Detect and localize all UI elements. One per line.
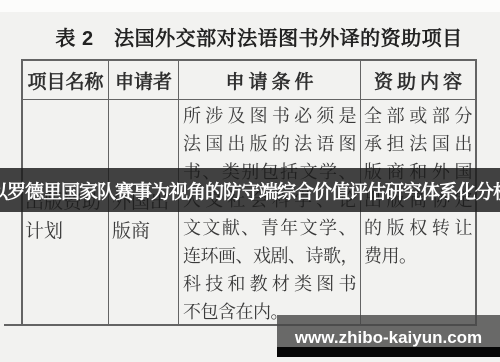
funding-line: 的版权转让 [364,214,472,242]
conditions-line: 所涉及图书必须是 [183,102,356,130]
cell-funding: 全部或部分 承担法国出 版商和外国 出版商协定 的版权转让 费用。 [364,102,472,325]
project-name-line: 计划 [25,217,105,246]
watermark-background: www.zhibo-kaiyun.com [277,315,500,347]
header-project-name: 项目名称 [23,61,108,99]
funding-line: 全部或部分 [364,102,472,130]
conditions-line: 连环画、戏剧、诗歌， [183,242,356,270]
table-title: 表 2 法国外交部对法语图书外译的资助项目 [0,22,500,51]
page-top-margin [0,0,500,12]
watermark-black-strip [277,347,500,357]
scanned-document-page: 表 2 法国外交部对法语图书外译的资助项目 项目名称 申请者 申请条件 资助内容… [0,0,500,362]
applicant-line: 版商 [112,217,176,246]
watermark-url-text: www.zhibo-kaiyun.com [295,328,482,347]
cell-project-name: 出版资助 计划 [25,100,105,325]
cell-applicant: 外国出 版商 [112,100,176,325]
header-conditions: 申请条件 [179,61,360,99]
overlay-headline-banner: 以罗德里国家队赛事为视角的防守端综合价值评估研究体系化分析 [0,168,500,212]
conditions-line: 法国出版的法语图 [183,130,356,158]
conditions-line: 科技和教材类图书 [183,270,356,298]
funding-line: 费用。 [364,242,472,270]
overlay-headline-text: 以罗德里国家队赛事为视角的防守端综合价值评估研究体系化分析 [0,177,500,204]
funding-line: 承担法国出 [364,130,472,158]
conditions-line: 文文献、青年文学、 [183,214,356,242]
site-watermark: www.zhibo-kaiyun.com [277,315,500,357]
header-funding: 资助内容 [361,61,475,99]
cell-conditions: 所涉及图书必须是 法国出版的法语图 书、类别包括文学、 人文社会科学、论 文文献… [183,102,356,325]
header-applicant: 申请者 [109,61,178,99]
